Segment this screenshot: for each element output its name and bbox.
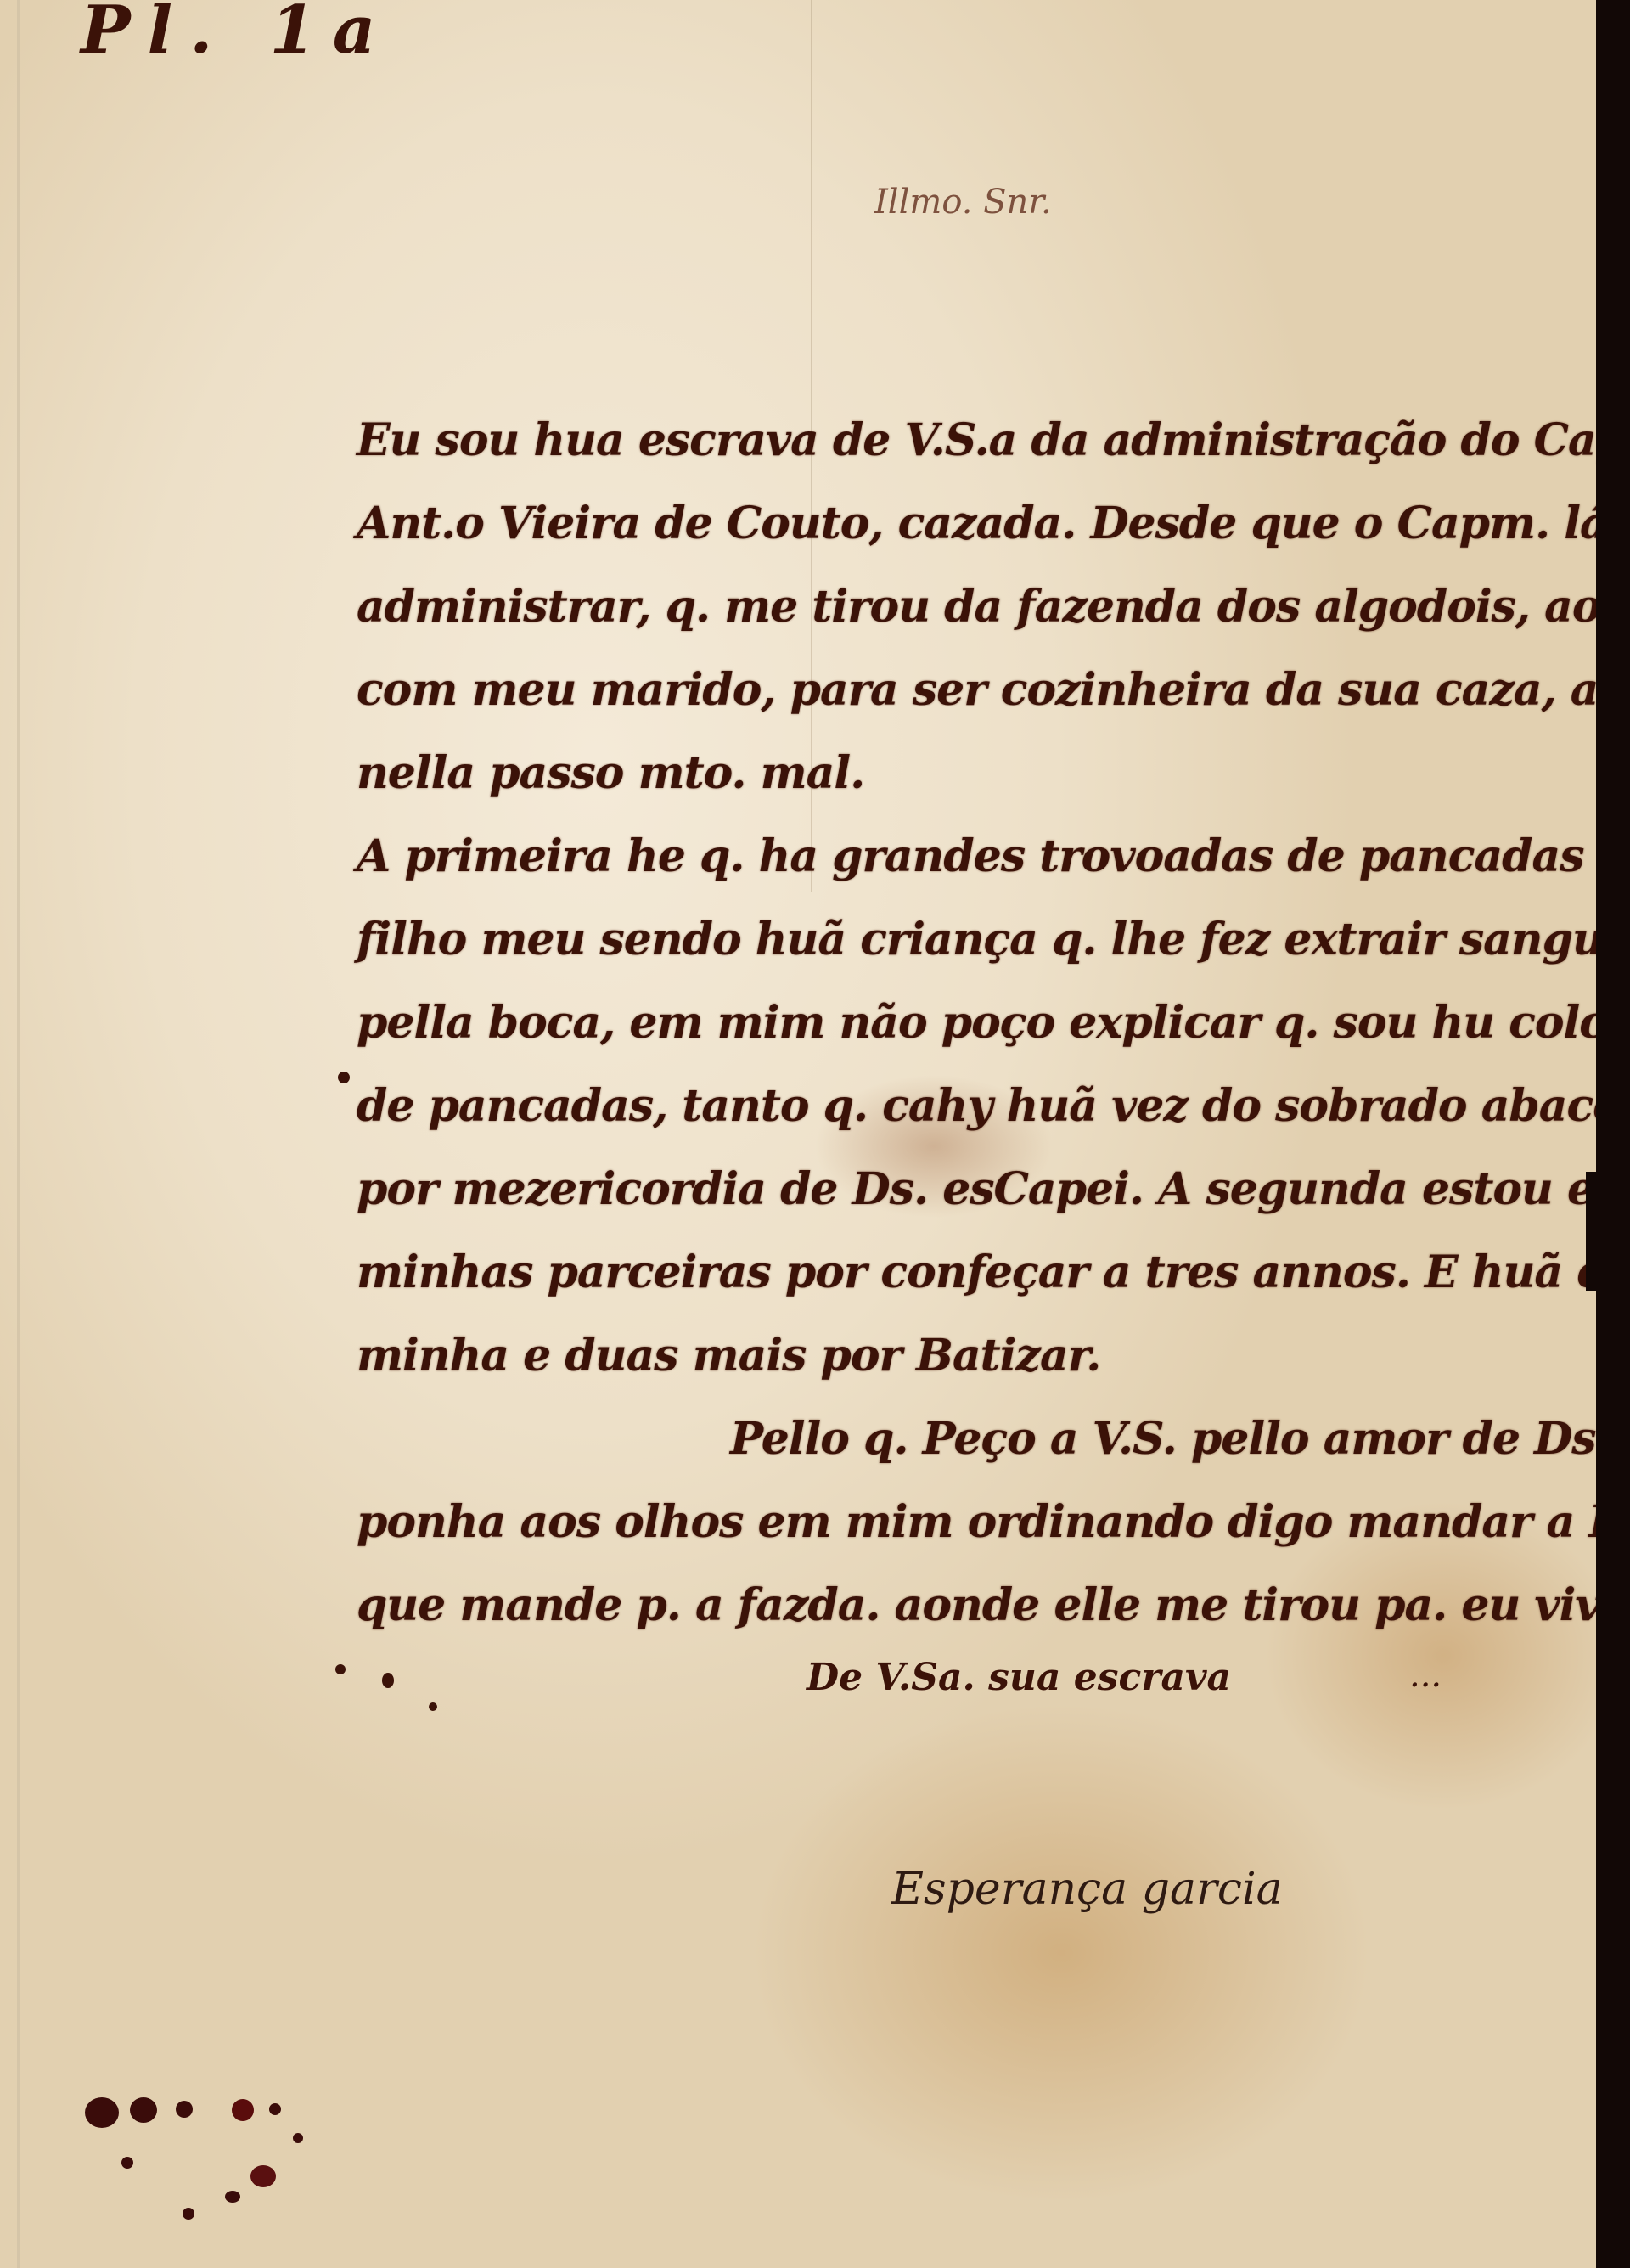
letter-heading: Illmo. Snr. (874, 183, 1052, 222)
body-line: pella boca, em mim não poço explicar q. … (357, 982, 1613, 1065)
signature: Esperança garcia (891, 1864, 1283, 1915)
body-line: minhas parceiras por confeçar a tres ann… (357, 1231, 1613, 1314)
body-line: por mezericordia de Ds. esCapei. A segun… (357, 1148, 1613, 1231)
letter-body: Eu sou hua escrava de V.S.a da administr… (357, 399, 1613, 1647)
body-line: administrar, q. me tirou da fazenda dos … (357, 566, 1613, 649)
body-line: de pancadas, tanto q. cahy huã vez do so… (357, 1065, 1613, 1148)
body-line: filho meu sendo huã criança q. lhe fez e… (357, 898, 1613, 982)
ink-dots-mark (81, 2080, 293, 2208)
body-line: que mande p. a fazda. aonde elle me tiro… (357, 1564, 1613, 1647)
folio-mark: Pl. 1a (81, 0, 392, 69)
ink-spot (429, 1702, 437, 1711)
letter-closing: De V.Sa. sua escrava (807, 1656, 1231, 1699)
ink-spot (382, 1673, 394, 1688)
ink-spot (335, 1664, 346, 1674)
body-line: minha e duas mais por Batizar. (357, 1314, 1613, 1398)
closing-mark: ... (1409, 1656, 1442, 1695)
body-line: Ant.o Vieira de Couto, cazada. Desde que… (357, 482, 1613, 566)
ink-spot (338, 1072, 350, 1083)
body-line: Pello q. Peço a V.S. pello amor de Ds. e… (357, 1398, 1613, 1481)
dark-border-edge (1596, 0, 1630, 2268)
body-line: ponha aos olhos em mim ordinando digo ma… (357, 1481, 1613, 1564)
body-line: Eu sou hua escrava de V.S.a da administr… (357, 399, 1613, 482)
body-line: nella passo mto. mal. (357, 732, 1613, 815)
manuscript-page: Pl. 1a Illmo. Snr. Eu sou hua escrava de… (0, 0, 1596, 2268)
paper-edge-crease (17, 0, 20, 2268)
body-line: com meu marido, para ser cozinheira da s… (357, 649, 1613, 732)
body-line: A primeira he q. ha grandes trovoadas de… (357, 815, 1613, 898)
